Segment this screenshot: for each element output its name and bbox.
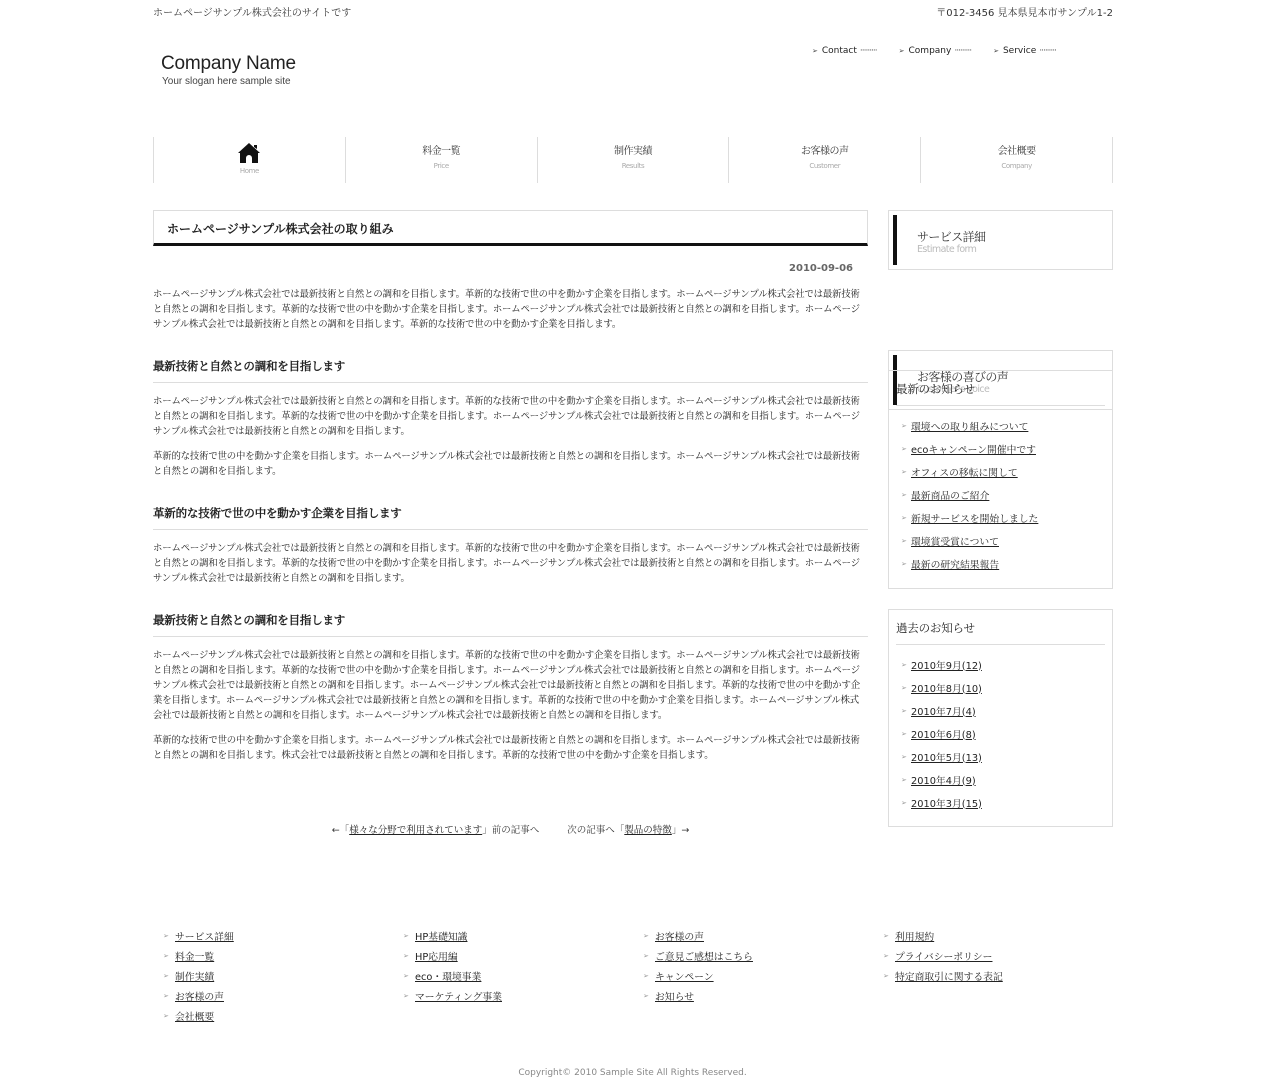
section-paragraph: ホームページサンプル株式会社では最新技術と自然との調和を目指します。革新的な技術…: [153, 394, 868, 439]
link[interactable]: オフィスの移転に関して: [911, 465, 1018, 479]
news-item[interactable]: ➢新規サービスを開始しました: [896, 506, 1105, 529]
post-pager: ←「様々な分野で利用されています」前の記事へ 次の記事へ「製品の特徴」→: [153, 822, 868, 836]
arrow-right-icon: ➢: [896, 445, 911, 453]
site-tagline: ホームページサンプル株式会社のサイトです: [153, 4, 351, 19]
arrow-right-icon: ➢: [896, 537, 911, 545]
arrow-right-icon: ➢: [883, 972, 895, 980]
footer-link[interactable]: ➢お知らせ: [643, 986, 883, 1006]
footer-link[interactable]: ➢会社概要: [163, 1006, 403, 1026]
footer-link[interactable]: ➢サービス詳細: [163, 926, 403, 946]
footer-column: ➢お客様の声➢ご意見ご感想はこちら➢キャンペーン➢お知らせ: [643, 926, 883, 1026]
link[interactable]: ご意見ご感想はこちら: [655, 949, 753, 963]
arrow-right-icon: ➢: [896, 514, 911, 522]
prev-suffix: 」前の記事へ: [482, 825, 539, 836]
arrow-right-icon: ➢: [896, 753, 911, 761]
link[interactable]: 2010年3月(15): [911, 796, 982, 810]
arrow-right-icon: ➢: [896, 799, 911, 807]
latest-news-title: 最新のお知らせ: [896, 381, 1105, 406]
dotted-line: ·········: [1039, 46, 1056, 56]
link[interactable]: ecoキャンペーン開催中です: [911, 442, 1036, 456]
latest-news-box: 最新のお知らせ ➢環境への取り組みについて➢ecoキャンペーン開催中です➢オフィ…: [888, 370, 1113, 589]
arrow-right-icon: ➢: [403, 992, 415, 1000]
prev-post-link[interactable]: 様々な分野で利用されています: [349, 825, 482, 836]
link[interactable]: 料金一覧: [175, 949, 214, 963]
post-date: 2010-09-06: [153, 263, 868, 274]
footer-link[interactable]: ➢マーケティング事業: [403, 986, 643, 1006]
arrow-right-icon: ➢: [896, 684, 911, 692]
footer-link[interactable]: ➢利用規約: [883, 926, 1123, 946]
arrow-right-icon: ➢: [896, 422, 911, 430]
arrow-right-icon: ➢: [896, 730, 911, 738]
arrow-right-icon: ➢: [896, 707, 911, 715]
nav-item-label: 料金一覧: [346, 142, 537, 157]
section-heading: 最新技術と自然との調和を目指します: [153, 612, 868, 637]
footer-column: ➢サービス詳細➢料金一覧➢制作実績➢お客様の声➢会社概要: [163, 926, 403, 1026]
arrow-right-icon: ➢: [643, 952, 655, 960]
link[interactable]: 最新商品のご紹介: [911, 488, 989, 502]
arrow-right-icon: ➢: [643, 992, 655, 1000]
link[interactable]: 会社概要: [175, 1009, 214, 1023]
link[interactable]: お客様の声: [655, 929, 704, 943]
link[interactable]: プライバシーポリシー: [895, 949, 992, 963]
arrow-right-icon: ➢: [896, 560, 911, 568]
dotted-line: ·········: [860, 46, 877, 56]
link[interactable]: お知らせ: [655, 989, 694, 1003]
arrow-right-icon: ➢: [403, 972, 415, 980]
copyright: Copyright© 2010 Sample Site All Rights R…: [0, 1068, 1265, 1078]
link[interactable]: サービス詳細: [175, 929, 234, 943]
link[interactable]: 2010年9月(12): [911, 658, 982, 672]
arrow-right-icon: ➢: [163, 992, 175, 1000]
news-item[interactable]: ➢最新の研究結果報告: [896, 552, 1105, 575]
footer-column: ➢利用規約➢プライバシーポリシー➢特定商取引に関する表記: [883, 926, 1123, 1026]
link[interactable]: キャンペーン: [655, 969, 714, 983]
arrow-right-icon: ➢: [896, 776, 911, 784]
arrow-right-icon: ➢: [883, 932, 895, 940]
nav-item-price[interactable]: 料金一覧 Price: [346, 137, 538, 183]
footer-link[interactable]: ➢お客様の声: [163, 986, 403, 1006]
nav-item-sub: Customer: [729, 162, 920, 170]
link[interactable]: HP応用編: [415, 949, 458, 963]
dotted-line: ·········: [954, 46, 971, 56]
footer-link[interactable]: ➢eco・環境事業: [403, 966, 643, 986]
archive-title: 過去のお知らせ: [896, 620, 1105, 645]
global-nav: Home 料金一覧 Price 制作実績 Results お客様の声 Custo…: [153, 137, 1113, 183]
link[interactable]: 特定商取引に関する表記: [895, 969, 1003, 983]
link[interactable]: お客様の声: [175, 989, 224, 1003]
header-link-contact[interactable]: ➢ Contact ·········: [812, 46, 877, 56]
header-link-label: Company: [909, 46, 952, 56]
arrow-right-icon: ➢: [896, 468, 911, 476]
arrow-right-icon: ➢: [163, 932, 175, 940]
footer-link[interactable]: ➢HP応用編: [403, 946, 643, 966]
arrow-right-icon: ➢: [883, 952, 895, 960]
link[interactable]: 2010年4月(9): [911, 773, 976, 787]
section-paragraph: ホームページサンプル株式会社では最新技術と自然との調和を目指します。革新的な技術…: [153, 648, 868, 723]
nav-item-sub: Price: [346, 162, 537, 170]
archive-list: ➢2010年9月(12)➢2010年8月(10)➢2010年7月(4)➢2010…: [896, 645, 1105, 832]
link[interactable]: 環境への取り組みについて: [911, 419, 1028, 433]
footer-link[interactable]: ➢プライバシーポリシー: [883, 946, 1123, 966]
footer-link[interactable]: ➢HP基礎知識: [403, 926, 643, 946]
arrow-right-icon: ➢: [812, 47, 818, 55]
arrow-right-icon: ➢: [643, 932, 655, 940]
banner-accent-bar: [893, 215, 897, 265]
news-item[interactable]: ➢環境賞受賞について: [896, 529, 1105, 552]
link[interactable]: HP基礎知識: [415, 929, 467, 943]
archive-item[interactable]: ➢2010年4月(9): [896, 768, 1105, 791]
link[interactable]: 2010年5月(13): [911, 750, 982, 764]
next-suffix: 」→: [672, 825, 689, 836]
section-heading: 革新的な技術で世の中を動かす企業を目指します: [153, 505, 868, 530]
link[interactable]: 2010年7月(4): [911, 704, 976, 718]
prev-prefix: ←「: [332, 825, 349, 836]
nav-item-customer[interactable]: お客様の声 Customer: [729, 137, 921, 183]
news-item[interactable]: ➢最新商品のご紹介: [896, 483, 1105, 506]
link[interactable]: 最新の研究結果報告: [911, 557, 999, 571]
link[interactable]: 利用規約: [895, 929, 934, 943]
news-item[interactable]: ➢環境への取り組みについて: [896, 414, 1105, 437]
arrow-right-icon: ➢: [163, 972, 175, 980]
arrow-right-icon: ➢: [163, 952, 175, 960]
logo[interactable]: Company Name Your slogan here sample sit…: [161, 53, 296, 87]
footer-link[interactable]: ➢制作実績: [163, 966, 403, 986]
nav-item-company[interactable]: 会社概要 Company: [921, 137, 1113, 183]
latest-news-list: ➢環境への取り組みについて➢ecoキャンペーン開催中です➢オフィスの移転に関して…: [896, 406, 1105, 593]
link[interactable]: 2010年8月(10): [911, 681, 982, 695]
next-post-link[interactable]: 製品の特徴: [624, 825, 672, 836]
archive-item[interactable]: ➢2010年6月(8): [896, 722, 1105, 745]
banner-service-detail[interactable]: サービス詳細 Estimate form: [888, 210, 1113, 270]
header-link-label: Service: [1003, 46, 1036, 56]
nav-item-results[interactable]: 制作実績 Results: [538, 137, 730, 183]
section-paragraph: 革新的な技術で世の中を動かす企業を目指します。ホームページサンプル株式会社では最…: [153, 733, 868, 763]
banner-sub: Estimate form: [917, 244, 976, 255]
arrow-right-icon: ➢: [899, 47, 905, 55]
header-link-service[interactable]: ➢ Service ·········: [993, 46, 1056, 56]
footer-link[interactable]: ➢特定商取引に関する表記: [883, 966, 1123, 986]
footer-link[interactable]: ➢キャンペーン: [643, 966, 883, 986]
nav-item-label: 制作実績: [538, 142, 729, 157]
nav-item-sub: Company: [921, 162, 1112, 170]
nav-item-sub: Home: [154, 167, 345, 175]
section-heading: 最新技術と自然との調和を目指します: [153, 358, 868, 383]
nav-item-label: お客様の声: [729, 142, 920, 157]
archive-box: 過去のお知らせ ➢2010年9月(12)➢2010年8月(10)➢2010年7月…: [888, 609, 1113, 827]
footer-column: ➢HP基礎知識➢HP応用編➢eco・環境事業➢マーケティング事業: [403, 926, 643, 1026]
next-prefix: 次の記事へ「: [567, 825, 624, 836]
arrow-right-icon: ➢: [403, 952, 415, 960]
company-slogan: Your slogan here sample site: [162, 76, 296, 87]
arrow-right-icon: ➢: [896, 661, 911, 669]
link[interactable]: eco・環境事業: [415, 969, 481, 983]
archive-item[interactable]: ➢2010年3月(15): [896, 791, 1105, 814]
header-links: ➢ Contact ········· ➢ Company ········· …: [812, 46, 1078, 56]
header-link-label: Contact: [822, 46, 857, 56]
archive-item[interactable]: ➢2010年5月(13): [896, 745, 1105, 768]
link[interactable]: マーケティング事業: [415, 989, 502, 1003]
archive-item[interactable]: ➢2010年8月(10): [896, 676, 1105, 699]
main-content: ホームページサンプル株式会社の取り組み 2010-09-06 ホームページサンプ…: [153, 210, 868, 763]
archive-item[interactable]: ➢2010年9月(12): [896, 653, 1105, 676]
intro-paragraph: ホームページサンプル株式会社では最新技術と自然との調和を目指します。革新的な技術…: [153, 287, 868, 332]
link[interactable]: 新規サービスを開始しました: [911, 511, 1038, 525]
nav-item-home[interactable]: Home: [154, 137, 346, 183]
arrow-right-icon: ➢: [403, 932, 415, 940]
nav-item-label: 会社概要: [921, 142, 1112, 157]
arrow-right-icon: ➢: [163, 1012, 175, 1020]
footer-link[interactable]: ➢お客様の声: [643, 926, 883, 946]
link[interactable]: 環境賞受賞について: [911, 534, 999, 548]
footer-link[interactable]: ➢料金一覧: [163, 946, 403, 966]
home-icon: [237, 142, 261, 164]
header-link-company[interactable]: ➢ Company ·········: [899, 46, 971, 56]
footer-link[interactable]: ➢ご意見ご感想はこちら: [643, 946, 883, 966]
footer-links: ➢サービス詳細➢料金一覧➢制作実績➢お客様の声➢会社概要➢HP基礎知識➢HP応用…: [163, 926, 1123, 1026]
arrow-right-icon: ➢: [993, 47, 999, 55]
banner-label: サービス詳細: [917, 228, 985, 245]
archive-item[interactable]: ➢2010年7月(4): [896, 699, 1105, 722]
news-item[interactable]: ➢ecoキャンペーン開催中です: [896, 437, 1105, 460]
arrow-right-icon: ➢: [643, 972, 655, 980]
arrow-right-icon: ➢: [896, 491, 911, 499]
company-name: Company Name: [161, 53, 296, 75]
company-address: 〒012-3456 見本県見本市サンプル1-2: [936, 4, 1113, 19]
page-title: ホームページサンプル株式会社の取り組み: [153, 210, 868, 246]
section-paragraph: 革新的な技術で世の中を動かす企業を目指します。ホームページサンプル株式会社では最…: [153, 449, 868, 479]
top-bar: ホームページサンプル株式会社のサイトです 〒012-3456 見本県見本市サンプ…: [153, 4, 1113, 18]
news-item[interactable]: ➢オフィスの移転に関して: [896, 460, 1105, 483]
link[interactable]: 2010年6月(8): [911, 727, 976, 741]
link[interactable]: 制作実績: [175, 969, 214, 983]
nav-item-sub: Results: [538, 162, 729, 170]
section-paragraph: ホームページサンプル株式会社では最新技術と自然との調和を目指します。革新的な技術…: [153, 541, 868, 586]
